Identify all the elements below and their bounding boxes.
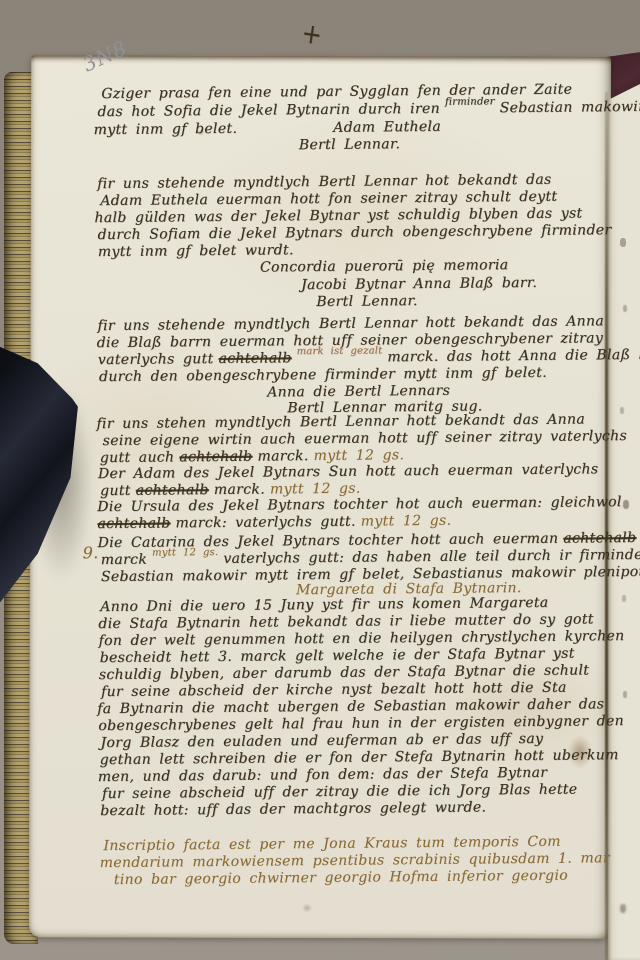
manuscript-line: mytt inm gf belet.Adam Euthela	[94, 119, 442, 138]
line-text: Sebastian makowir	[500, 99, 640, 116]
struck-word: achtehalb	[563, 530, 636, 547]
handwritten-text-layer: 3N8 + Gziger prasa fen eine und par Sygg…	[0, 0, 640, 960]
struck-word: achtehalb	[179, 449, 252, 466]
added-sum: mytt 12 gs.	[361, 513, 452, 530]
added-sum: mytt 12 gs.	[152, 545, 218, 562]
manuscript-line: bezalt hott: uff das der machtgros geleg…	[100, 799, 486, 819]
latin-note-line: tino bar georgio chwirner georgio Hofma …	[114, 868, 568, 888]
line-text: marck: vaterlychs gutt.	[175, 514, 355, 532]
line-text: vaterlychs gutt	[98, 351, 214, 368]
line-text: gutt auch	[100, 449, 175, 466]
cross-mark: +	[300, 23, 323, 44]
line-text: das hot Sofia die Jekel Bytnarin durch i…	[97, 101, 440, 120]
line-text: gutt	[100, 483, 131, 499]
struck-word: achtehalb	[218, 350, 291, 367]
added-sum: mytt 12 gs.	[270, 481, 361, 498]
heading-line: Concordia puerorū pię memoria	[260, 257, 509, 275]
folio-number: 3N8	[81, 39, 129, 73]
witness-name: Bertl Lennar.	[299, 136, 401, 153]
line-text: marck.	[257, 448, 308, 464]
witness-name: Anna die Bertl Lennars	[267, 383, 450, 401]
line-text: marck. das hott Anna die Blaß barn	[387, 347, 640, 366]
line-text: mytt inm gf belet.	[94, 121, 238, 138]
manuscript-line: fur seine abscheid uff der zitray die di…	[102, 782, 578, 803]
struck-word: achtehalb	[136, 482, 209, 499]
struck-word: achtehalb	[97, 515, 170, 532]
heading-line: Jacobi Bytnar Anna Blaß barr.	[301, 275, 537, 293]
added-sum: mytt 12 gs.	[314, 447, 405, 464]
margin-number: 9.	[83, 545, 99, 561]
line-text: marck.	[214, 482, 265, 498]
manuscript-photo: 3N8 + Gziger prasa fen eine und par Sygg…	[0, 0, 640, 960]
manuscript-line: achtehalbmarck: vaterlychs gutt.mytt 12 …	[97, 513, 451, 532]
heading-line: Bertl Lennar.	[316, 293, 418, 310]
manuscript-line: Der Adam des Jekel Bytnars Sun hott auch…	[98, 461, 599, 482]
witness-name: Adam Euthela	[333, 119, 441, 136]
manuscript-line: Gziger prasa fen eine und par Sygglan fe…	[101, 82, 572, 103]
manuscript-line: mytt inm gf belet wurdt.	[98, 242, 294, 260]
manuscript-line: durch den obengeschrybene firminder mytt…	[99, 365, 547, 385]
inserted-correction: mark ist gezalt	[296, 343, 382, 360]
inserted-word: firminder	[445, 94, 495, 110]
line-text: marck	[101, 552, 148, 568]
